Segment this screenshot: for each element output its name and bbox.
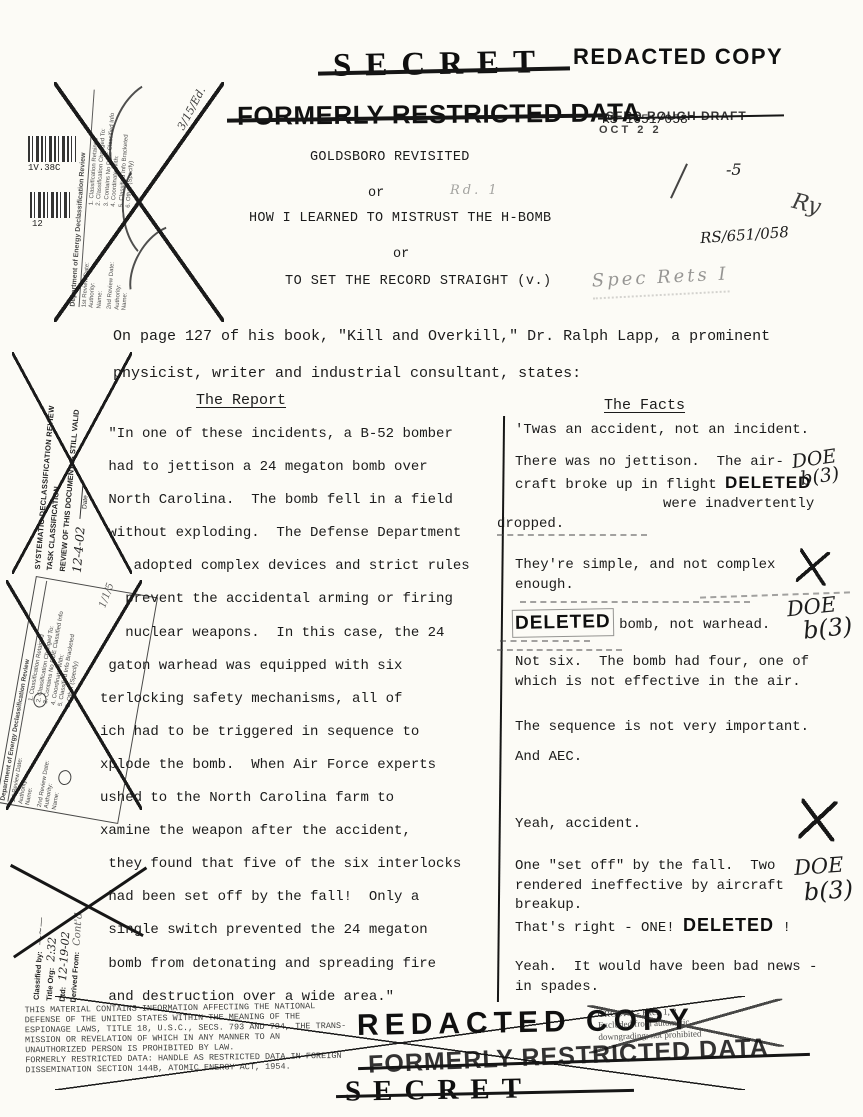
report-line: ich had to be triggered in sequence to: [100, 716, 500, 749]
fact-text: bomb, not warhead.: [611, 617, 771, 633]
report-line: xamine the weapon after the accident,: [100, 815, 500, 848]
fact-block10: Yeah. It would have been bad news - in s…: [515, 958, 835, 997]
fact-block1: 'Twas an accident, not an incident.: [515, 421, 809, 441]
secret-stamp-bottom: SECRET: [345, 1072, 534, 1108]
report-column-header: The Report: [196, 392, 286, 409]
report-line: nuclear weapons. In this case, the 24: [100, 617, 500, 650]
intro-line2: physicist, writer and industrial consult…: [113, 365, 581, 382]
handwritten-initials: Ry: [789, 189, 823, 220]
date-stamp: OCT 2 2: [599, 124, 662, 136]
doe-b3-annotation: DOE b(3): [793, 853, 854, 906]
handwritten-scribble: Spec Rets I: [591, 263, 729, 299]
handwritten-slash: [670, 163, 688, 198]
doe-b3-annotation: DOE b(3): [786, 593, 854, 644]
report-line: North Carolina. The bomb fell in a field: [100, 484, 500, 517]
report-column: "In one of these incidents, a B-52 bombe…: [100, 418, 500, 1014]
or-separator: or: [368, 186, 384, 201]
report-line: gaton warhead was equipped with six: [100, 650, 500, 683]
fact-text: enough.: [515, 576, 815, 596]
report-line: ushed to the North Carolina farm to: [100, 782, 500, 815]
report-line: had been set off by the fall! Only a: [100, 881, 500, 914]
fact-block7: And AEC.: [515, 748, 582, 768]
fact-text: in spades.: [515, 978, 835, 998]
fact-block8: Yeah, accident.: [515, 815, 641, 835]
barcode2-label: 12: [32, 219, 43, 229]
facts-column-header: The Facts: [604, 397, 685, 414]
fact-text: Yeah. It would have been bad news -: [515, 958, 835, 978]
doe-review-stamp-top: Department of Energy Declassification Re…: [72, 88, 206, 316]
fact-block3: They're simple, and not complex enough.: [515, 556, 815, 595]
deleted-stamp: DELETED: [515, 611, 611, 635]
document-page: 1V.38C 12 Department of Energy Declassif…: [0, 0, 863, 1117]
report-line: terlocking safety mechanisms, all of: [100, 683, 500, 716]
smudge-dashes: [497, 534, 647, 536]
fact-block4: DELETED bomb, not warhead.: [515, 612, 770, 636]
exemption-label: b(3): [799, 465, 840, 488]
fact-text: One "set off" by the fall. Two: [515, 857, 835, 877]
fact-text: breakup.: [515, 896, 835, 916]
title-line1: GOLDSBORO REVISITED: [310, 150, 470, 165]
fact-text: !: [774, 920, 791, 936]
fact-text: There was no jettison. The air-: [515, 453, 815, 473]
handwritten-x-mark: [796, 548, 830, 586]
fact-block9: One "set off" by the fall. Two rendered …: [515, 857, 835, 938]
fact-text: They're simple, and not complex: [515, 556, 815, 576]
exemption-label: b(3): [803, 876, 854, 906]
fact-text: dropped.: [497, 515, 815, 535]
report-line: xplode the bomb. When Air Force experts: [100, 749, 500, 782]
report-line: prevent the accidental arming or firing: [100, 583, 500, 616]
or-separator: or: [393, 247, 409, 262]
handwritten-faint-note: Rd. 1: [450, 183, 500, 198]
report-line: had to jettison a 24 megaton bomb over: [100, 451, 500, 484]
cross-out-x: [54, 82, 224, 322]
fact-text: rendered ineffective by aircraft: [515, 877, 835, 897]
fact-text: craft broke up in flight DELETED: [515, 473, 815, 496]
fact-text: were inadvertently: [515, 495, 815, 515]
exemption-label: b(3): [802, 614, 854, 643]
report-line: they found that five of the six interloc…: [100, 848, 500, 881]
smudge-dashes: [500, 640, 590, 642]
title-line3: TO SET THE RECORD STRAIGHT (v.): [285, 274, 552, 289]
fact-text: That's right - ONE!: [515, 920, 683, 936]
intro-line1: On page 127 of his book, "Kill and Overk…: [113, 328, 770, 345]
fact-text: Not six. The bomb had four, one of: [515, 653, 815, 673]
secret-stamp-top: SECRET: [333, 44, 550, 85]
fact-block5: Not six. The bomb had four, one of which…: [515, 653, 815, 692]
deleted-stamp: DELETED: [683, 915, 774, 935]
redacted-copy-stamp-top: REDACTED COPY: [573, 44, 783, 70]
report-line: bomb from detonating and spreading fire: [100, 948, 500, 981]
fact-block2: There was no jettison. The air- craft br…: [515, 453, 815, 534]
doe-b3-annotation: DOE b(3): [791, 447, 841, 489]
report-line: "In one of these incidents, a B-52 bombe…: [100, 418, 500, 451]
fact-block6: The sequence is not very important.: [515, 718, 809, 738]
fact-text: That's right - ONE! DELETED !: [515, 916, 835, 939]
fact-text: craft broke up in flight: [515, 477, 725, 493]
fact-text: which is not effective in the air.: [515, 673, 815, 693]
report-line: without exploding. The Defense Departmen…: [100, 517, 500, 550]
smudge-dashes: [497, 649, 622, 651]
report-line: adopted complex devices and strict rules: [100, 550, 500, 583]
handwritten-page-number: -5: [726, 160, 742, 179]
smudge-dashes: [520, 601, 750, 603]
handwritten-x-mark: [798, 799, 837, 842]
title-line2: HOW I LEARNED TO MISTRUST THE H-BOMB: [249, 211, 551, 226]
report-line: single switch prevented the 24 megaton: [100, 914, 500, 947]
handwritten-doc-number: RS/651/058: [699, 223, 789, 247]
